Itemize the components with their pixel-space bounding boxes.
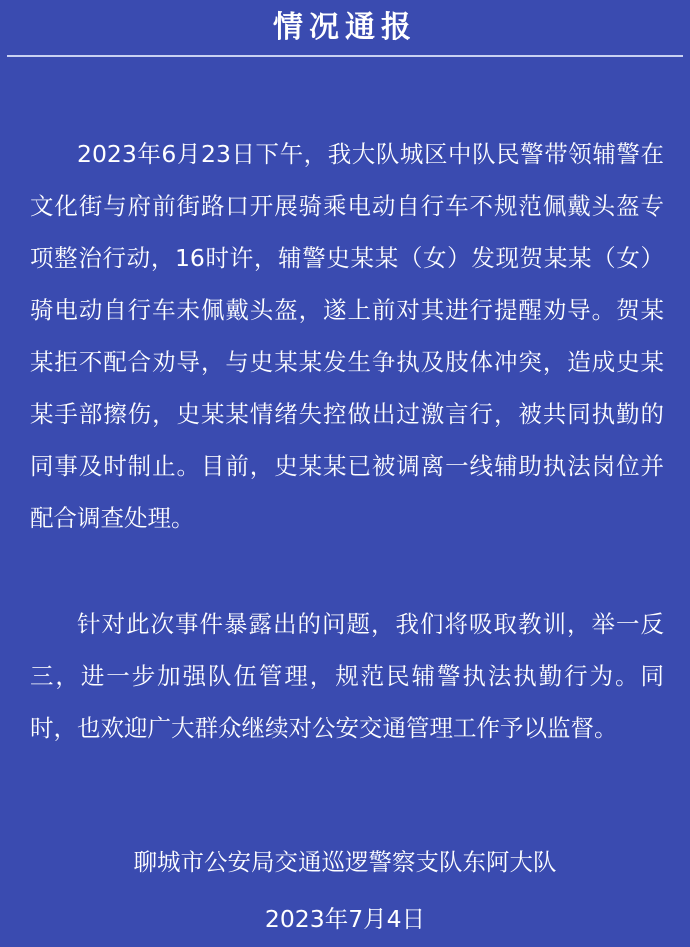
paragraph-2-container: 针对此次事件暴露出的问题，我们将吸取教训，举一反三，进一步加强队伍管理，规范民辅… xyxy=(30,598,664,754)
issue-date: 2023年7月4日 xyxy=(0,903,690,935)
paragraph-incident: 2023年6月23日下午，我大队城区中队民警带领辅警在文化街与府前街路口开展骑乘… xyxy=(30,128,664,544)
paragraph-response: 针对此次事件暴露出的问题，我们将吸取教训，举一反三，进一步加强队伍管理，规范民辅… xyxy=(30,598,664,754)
title-divider xyxy=(7,55,683,57)
header: 情况通报 xyxy=(0,0,690,56)
paragraph-1-container: 2023年6月23日下午，我大队城区中队民警带领辅警在文化街与府前街路口开展骑乘… xyxy=(30,128,664,544)
document-title: 情况通报 xyxy=(0,8,690,48)
issuing-authority: 聊城市公安局交通巡逻警察支队东阿大队 xyxy=(0,846,690,878)
